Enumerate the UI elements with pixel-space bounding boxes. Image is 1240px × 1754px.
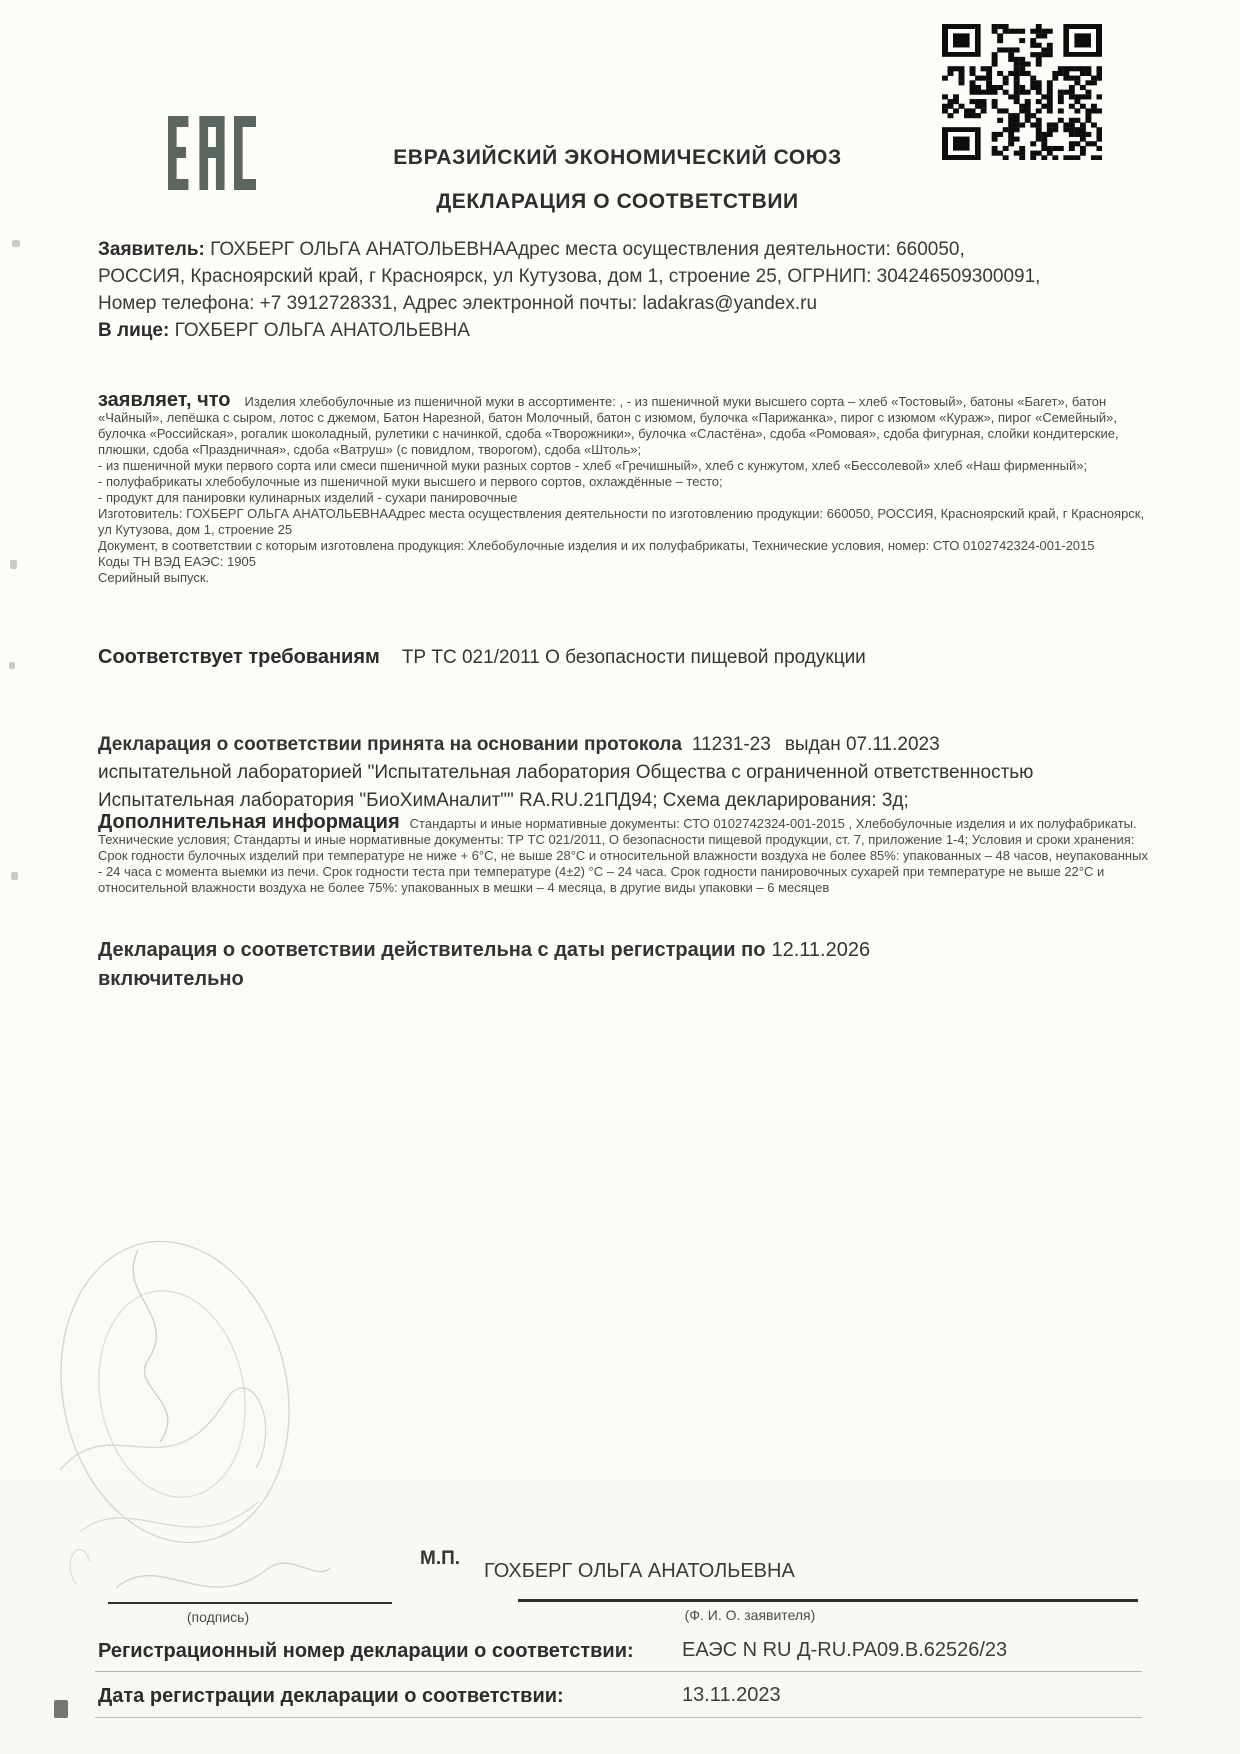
stamp-imprint <box>20 1232 350 1624</box>
scan-artifact <box>12 240 20 247</box>
validity-date: 12.11.2026 <box>771 939 870 961</box>
basis-line-2: испытательной лабораторией "Испытательна… <box>98 759 1143 787</box>
signature-line <box>108 1602 392 1604</box>
declares-label: заявляет, что <box>98 389 231 411</box>
name-line <box>518 1599 1138 1602</box>
assortment-item: - продукт для панировки кулинарных издел… <box>98 490 1154 506</box>
divider-line <box>95 1717 1142 1718</box>
registration-number-label: Регистрационный номер декларации о соотв… <box>98 1640 634 1663</box>
scan-artifact <box>11 872 18 880</box>
tn-ved-codes: Коды ТН ВЭД ЕАЭС: 1905 <box>98 554 1154 570</box>
additional-info-label: Дополнительная информация <box>98 811 400 833</box>
declaration-document-page: ЕВРАЗИЙСКИЙ ЭКОНОМИЧЕСКИЙ СОЮЗ ДЕКЛАРАЦИ… <box>0 0 1240 1754</box>
document-header: ЕВРАЗИЙСКИЙ ЭКОНОМИЧЕСКИЙ СОЮЗ ДЕКЛАРАЦИ… <box>95 146 1140 214</box>
in-person-label: В лице: <box>98 320 169 341</box>
qr-code <box>942 24 1102 160</box>
validity-suffix: включительно <box>98 968 244 990</box>
registration-date-label: Дата регистрации декларации о соответств… <box>98 1685 564 1708</box>
in-person-paragraph: В лице: ГОХБЕРГ ОЛЬГА АНАТОЛЬЕВНА <box>98 317 1056 344</box>
validity-label: Декларация о соответствии действительна … <box>98 939 765 961</box>
applicant-text: ГОХБЕРГ ОЛЬГА АНАТОЛЬЕВНААдрес места осу… <box>98 239 1040 314</box>
validity-line-2: включительно <box>98 965 1113 994</box>
in-person-text: ГОХБЕРГ ОЛЬГА АНАТОЛЬЕВНА <box>175 320 470 341</box>
manufacturer-text: Изготовитель: ГОХБЕРГ ОЛЬГА АНАТОЛЬЕВНАА… <box>98 506 1154 538</box>
protocol-issued-date: выдан 07.11.2023 <box>785 734 940 755</box>
scan-artifact <box>9 662 15 669</box>
scan-artifact <box>54 1700 68 1718</box>
compliance-value: ТР ТС 021/2011 О безопасности пищевой пр… <box>402 647 866 668</box>
assortment-item: - из пшеничной муки первого сорта или см… <box>98 458 1154 474</box>
production-document-text: Документ, в соответствии с которым изгот… <box>98 538 1154 554</box>
declares-section: заявляет, чтоИзделия хлебобулочные из пш… <box>98 392 1154 586</box>
union-title: ЕВРАЗИЙСКИЙ ЭКОНОМИЧЕСКИЙ СОЮЗ <box>95 146 1140 170</box>
declares-intro-paragraph: заявляет, чтоИзделия хлебобулочные из пш… <box>98 392 1154 458</box>
registration-number-value: ЕАЭС N RU Д-RU.РА09.В.62526/23 <box>682 1639 1007 1662</box>
applicant-paragraph: Заявитель: ГОХБЕРГ ОЛЬГА АНАТОЛЬЕВНААдре… <box>98 236 1056 317</box>
protocol-number: 11231-23 <box>692 734 771 755</box>
signature-caption: (подпись) <box>138 1609 298 1625</box>
basis-label: Декларация о соответствии принята на осн… <box>98 734 682 755</box>
additional-info-section: Дополнительная информацияСтандарты и ины… <box>98 814 1154 896</box>
assortment-item: - полуфабрикаты хлебобулочные из пшеничн… <box>98 474 1154 490</box>
basis-line-1: Декларация о соответствии принята на осн… <box>98 731 1143 759</box>
applicant-label: Заявитель: <box>98 239 205 260</box>
applicant-signature-name: ГОХБЕРГ ОЛЬГА АНАТОЛЬЕВНА <box>484 1560 1144 1583</box>
document-title: ДЕКЛАРАЦИЯ О СООТВЕТСТВИИ <box>95 190 1140 214</box>
divider-line <box>95 1671 1142 1672</box>
stamp-place-abbr: М.П. <box>420 1548 460 1570</box>
registration-date-value: 13.11.2023 <box>682 1684 781 1707</box>
assortment-intro: Изделия хлебобулочные из пшеничной муки … <box>98 394 1119 457</box>
compliance-section: Соответствует требованиямТР ТС 021/2011 … <box>98 646 1138 669</box>
validity-section: Декларация о соответствии действительна … <box>98 936 1113 994</box>
basis-section: Декларация о соответствии принята на осн… <box>98 731 1143 815</box>
serial-release: Серийный выпуск. <box>98 570 1154 586</box>
validity-line-1: Декларация о соответствии действительна … <box>98 936 1113 965</box>
applicant-section: Заявитель: ГОХБЕРГ ОЛЬГА АНАТОЛЬЕВНААдре… <box>98 236 1056 344</box>
scan-artifact <box>10 560 17 569</box>
name-caption: (Ф. И. О. заявителя) <box>640 1607 860 1623</box>
compliance-label: Соответствует требованиям <box>98 646 380 668</box>
